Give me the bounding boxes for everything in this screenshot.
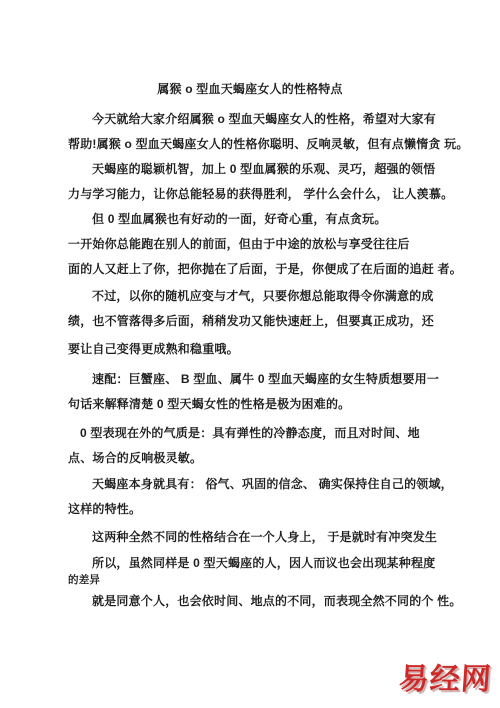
text-line: 点、场合的反响极灵敏。 — [68, 451, 202, 465]
text-line: 天蝎座的聪颖机智，加上 0 型血属猴的乐观、灵巧，超强的领悟 — [92, 162, 435, 176]
text-line: 这两种全然不同的性格结合在一个人身上， 于是就时有冲突发生 — [92, 530, 437, 544]
yijing-site-watermark: 易经网 — [397, 654, 493, 698]
text-line: 要让自己变得更成熟和稳重哦。 — [68, 342, 239, 356]
text-line: 帮助!属猴 o 型血天蝎座女人的性格你聪明、反响灵敏，但有点懒惰贪 玩。 — [68, 137, 469, 151]
text-line: 所以，虽然同样是 0 型天蝎座的人，因人而议也会出现某种程度 — [92, 556, 435, 570]
text-line: 今天就给大家介绍属猴 o 型血天蝎座女人的性格，希望对大家有 — [92, 112, 436, 126]
text-line: 力与学习能力，让你总能轻易的获得胜利， 学什么会什么， 让人羡慕。 — [68, 187, 453, 201]
text-line: 的差异 — [68, 573, 100, 587]
document-page: 属猴 o 型血天蝎座女人的性格特点 今天就给大家介绍属猴 o 型血天蝎座女人的性… — [0, 0, 500, 708]
text-line: 句话来解释清楚 0 型天蝎女性的性格是极为困难的。 — [68, 397, 350, 411]
page-title: 属猴 o 型血天蝎座女人的性格特点 — [0, 82, 500, 96]
text-line: 但 0 型血属猴也有好动的一面，好奇心重，有点贪玩。 — [92, 212, 387, 226]
text-line: 速配：巨蟹座、 B 型血、属牛 0 型血天蝎座的女生特质想要用一 — [92, 372, 439, 386]
text-line: 就是同意个人，也会依时间、地点的不同，而表现全然不同的个 性。 — [92, 594, 462, 608]
text-line: 一开始你总能跑在别人的前面，但由于中途的放松与享受往往后 — [68, 237, 410, 251]
text-line: 0 型表现在外的气质是：具有弹性的冷静态度，而且对时间、地 — [80, 426, 420, 440]
text-line: 这样的特性。 — [68, 502, 141, 516]
text-line: 天蝎座本身就具有： 俗气、巩固的信念、 确实保持住自己的领域， — [92, 477, 453, 491]
text-line: 不过，以你的随机应变与才气，只要你想总能取得令你满意的成 — [92, 289, 434, 303]
text-line: 绩，也不管落得多后面，稍稍发功又能快速赶上，但要真正成功，还 — [68, 314, 434, 328]
text-line: 面的人又赶上了你，把你抛在了后面，于是，你便成了在后面的追赶 者。 — [68, 262, 462, 276]
